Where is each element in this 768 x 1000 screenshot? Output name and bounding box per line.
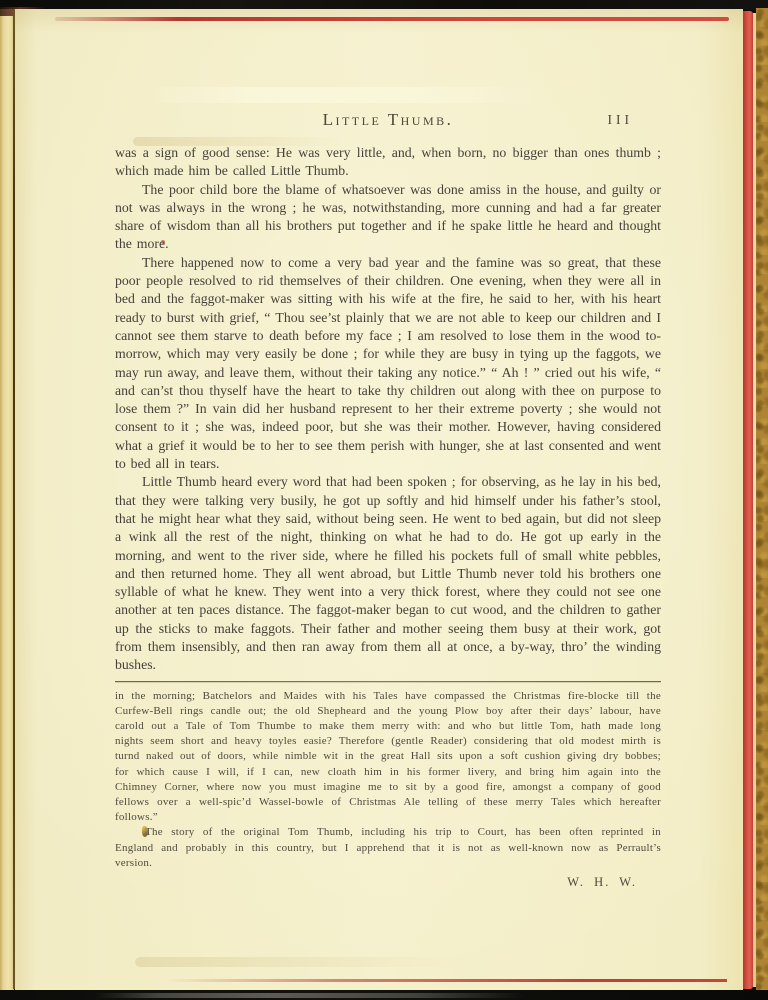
body-paragraph: was a sign of good sense: He was very li…	[115, 144, 661, 181]
red-fore-edge-stripe	[743, 11, 753, 989]
page-title: Little Thumb.	[115, 110, 661, 130]
left-facing-page-edge	[0, 9, 14, 990]
footnote-paragraph: The story of the original Tom Thumb, inc…	[115, 825, 661, 871]
bottom-red-stained-edge	[165, 979, 727, 982]
running-head: Little Thumb. III	[115, 110, 661, 132]
footnote-paragraph: in the morning; Batchelors and Maides wi…	[115, 689, 661, 826]
body-paragraph: The poor child bore the blame of whatsoe…	[115, 181, 661, 254]
page-number: III	[608, 112, 634, 128]
editor-initials: W. H. W.	[115, 875, 661, 890]
book-page: Little Thumb. III was a sign of good sen…	[15, 9, 743, 990]
body-paragraph: There happened now to come a very bad ye…	[115, 254, 661, 474]
footnote-divider-rule	[115, 681, 661, 682]
gold-damask-endpaper	[756, 8, 768, 992]
footnote-section: in the morning; Batchelors and Maides wi…	[115, 689, 661, 891]
scanned-book-photo: Little Thumb. III was a sign of good sen…	[0, 0, 768, 1000]
footnote-paragraph-text: in the morning; Batchelors and Maides wi…	[115, 690, 661, 824]
footnote-paragraph-text: The story of the original Tom Thumb, inc…	[115, 826, 661, 868]
story-body: was a sign of good sense: He was very li…	[115, 144, 661, 675]
body-paragraph-text: Little Thumb heard every word that had b…	[115, 474, 661, 672]
scan-streak	[135, 957, 465, 967]
body-paragraph-text: The poor child bore the blame of whatsoe…	[115, 182, 661, 252]
bottom-edge-sheen	[95, 993, 525, 998]
body-paragraph-text: There happened now to come a very bad ye…	[115, 255, 661, 471]
body-paragraph-text: was a sign of good sense: He was very li…	[115, 145, 661, 178]
text-column: Little Thumb. III was a sign of good sen…	[115, 9, 661, 890]
body-paragraph: Little Thumb heard every word that had b…	[115, 473, 661, 674]
